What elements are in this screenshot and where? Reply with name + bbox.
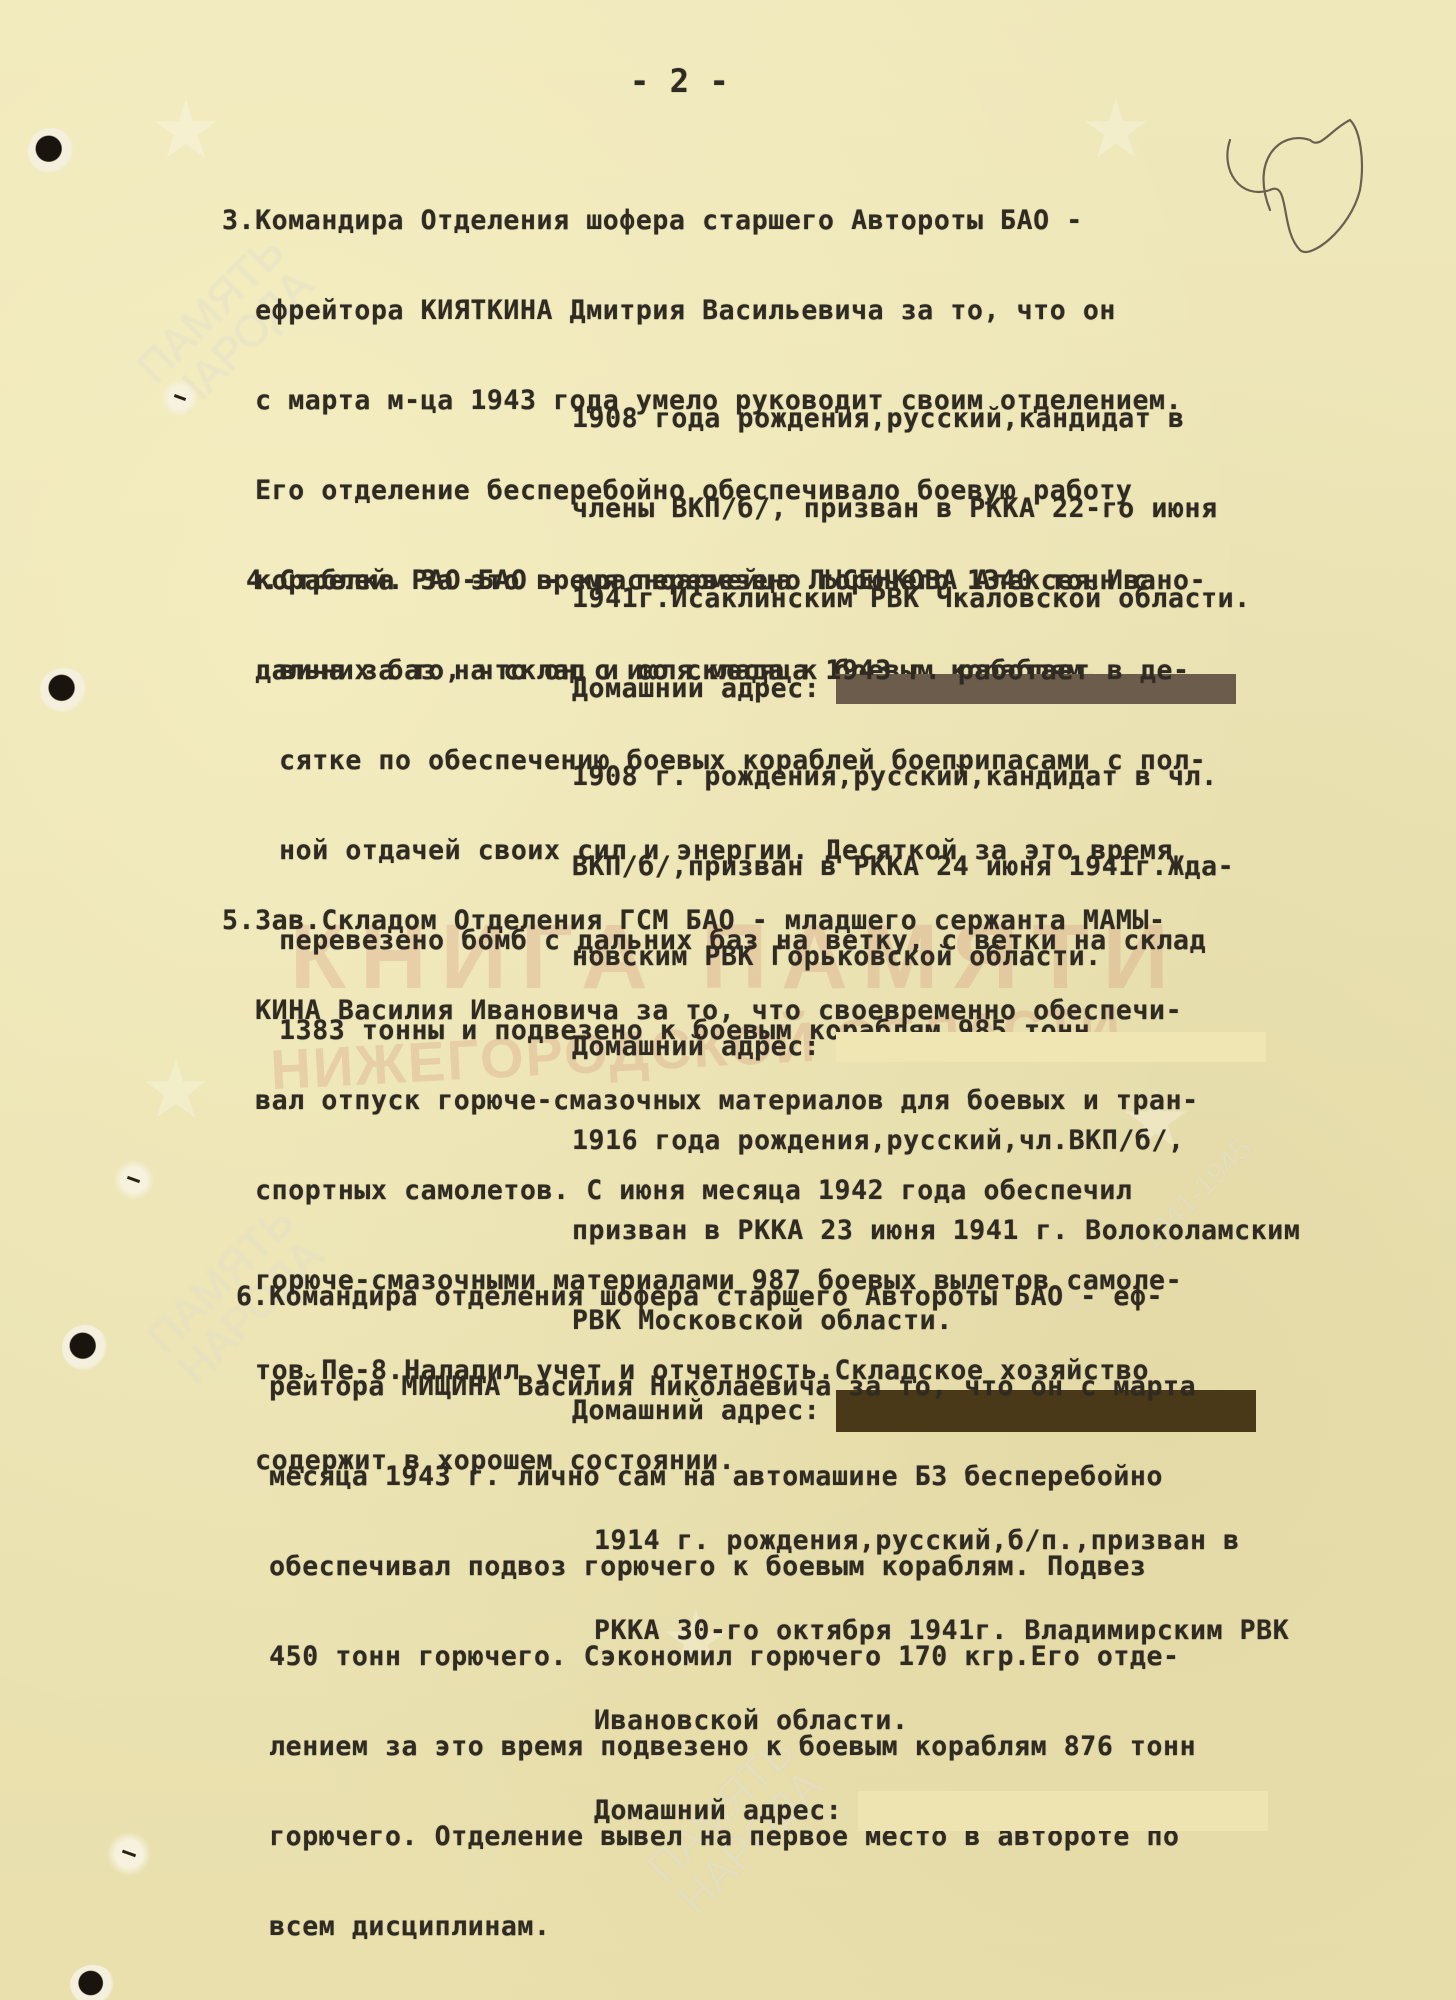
page-number: - 2 - bbox=[630, 66, 729, 96]
entry-text-line: всем дисциплинам. bbox=[236, 1912, 1196, 1942]
home-address-row: Домашний адрес: bbox=[594, 1796, 1289, 1826]
entry-text-line: вича за то, что он с июля месяца 1943 г.… bbox=[246, 656, 1206, 686]
punch-hole bbox=[28, 128, 74, 174]
entry-text-line: 4.Стрелка РАО-БАО - красноармейца ЛЫСЕНК… bbox=[246, 566, 1206, 596]
entry-text-line: 5.Зав.Складом Отделения ГСМ БАО - младше… bbox=[222, 906, 1199, 936]
details-line: 1916 года рождения,русский,чл.ВКП/б/, bbox=[572, 1126, 1300, 1156]
entry-text-line: 6.Командира отделения шофера старшего Ав… bbox=[236, 1282, 1196, 1312]
details-line: 1908 года рождения,русский,кандидат в bbox=[572, 404, 1251, 434]
punch-hole bbox=[40, 668, 88, 712]
entry-text-line: КИНА Василия Ивановича за то, что своевр… bbox=[222, 996, 1199, 1026]
archival-document-page: ★ ПАМЯТЬ НАРОДА ★ ★ ПАМЯТЬ НАРОДА ★ 1941… bbox=[0, 0, 1456, 2000]
details-line: Ивановской области. bbox=[594, 1706, 1289, 1736]
details-line: 1914 г. рождения,русский,б/п.,призван в bbox=[594, 1526, 1289, 1556]
punch-hole bbox=[112, 1158, 156, 1202]
punch-hole bbox=[62, 1325, 108, 1371]
award-entry-6-details: 1914 г. рождения,русский,б/п.,призван в … bbox=[594, 1466, 1289, 1886]
handwritten-signature-icon bbox=[1210, 110, 1370, 270]
entry-text-line: 3.Командира Отделения шофера старшего Ав… bbox=[222, 206, 1182, 236]
redacted-address bbox=[858, 1791, 1268, 1831]
entry-text-line: рейтора МИЩИНА Василия Николаевича за то… bbox=[236, 1372, 1196, 1402]
home-address-label: Домашний адрес: bbox=[594, 1796, 842, 1826]
details-line: 1908 г. рождения,русский,кандидат в чл. bbox=[572, 762, 1266, 792]
punch-hole bbox=[105, 1830, 153, 1878]
punch-hole bbox=[70, 1965, 116, 2000]
details-line: РККА 30-го октября 1941г. Владимирским Р… bbox=[594, 1616, 1289, 1646]
punch-hole bbox=[160, 378, 200, 418]
entry-text-line: ефрейтора КИЯТКИНА Дмитрия Васильевича з… bbox=[222, 296, 1182, 326]
